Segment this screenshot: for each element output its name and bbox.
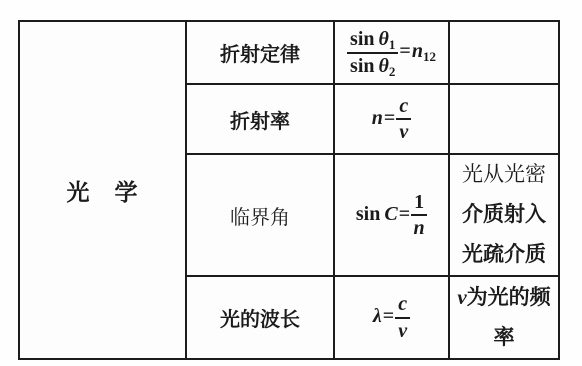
fraction: 1 n xyxy=(411,191,427,240)
frequency-symbol: v xyxy=(457,285,466,309)
note-cell-critical-angle: 光从光密 介质射入 光疏介质 xyxy=(449,154,559,276)
fraction: c v xyxy=(395,293,410,342)
scanned-page: 光 学 折射定律 sinθ1 sinθ2 =n12 折射率 xyxy=(0,0,582,366)
fraction: sinθ1 sinθ2 xyxy=(347,28,398,77)
subject-cell: 光 学 xyxy=(19,21,186,359)
note-line: v为光的频 xyxy=(450,277,558,318)
formula-cell-refraction-law: sinθ1 sinθ2 =n12 xyxy=(334,21,449,84)
fraction: c v xyxy=(396,95,411,144)
wavelength-formula: λ= c v xyxy=(373,305,410,327)
refractive-index-formula: n= c v xyxy=(372,107,411,129)
formula-cell-refractive-index: n= c v xyxy=(334,84,449,154)
note-line: 介质射入 xyxy=(450,195,558,235)
table-row: 光 学 折射定律 sinθ1 sinθ2 =n12 xyxy=(19,21,559,84)
optics-summary-table: 光 学 折射定律 sinθ1 sinθ2 =n12 折射率 xyxy=(18,20,560,360)
note-line: 率 xyxy=(450,318,558,358)
note-line: 光疏介质 xyxy=(450,235,558,275)
term-cell-refractive-index: 折射率 xyxy=(186,84,334,154)
note-line: 光从光密 xyxy=(450,155,558,195)
note-cell-empty xyxy=(449,21,559,84)
formula-cell-wavelength: λ= c v xyxy=(334,276,449,359)
note-cell-empty xyxy=(449,84,559,154)
note-cell-wavelength: v为光的频 率 xyxy=(449,276,559,359)
formula-cell-critical-angle: sinC= 1 n xyxy=(334,154,449,276)
term-cell-critical-angle: 临界角 xyxy=(186,154,334,276)
refraction-law-formula: sinθ1 sinθ2 =n12 xyxy=(347,40,436,62)
term-cell-wavelength: 光的波长 xyxy=(186,276,334,359)
critical-angle-formula: sinC= 1 n xyxy=(356,203,427,225)
term-cell-refraction-law: 折射定律 xyxy=(186,21,334,84)
